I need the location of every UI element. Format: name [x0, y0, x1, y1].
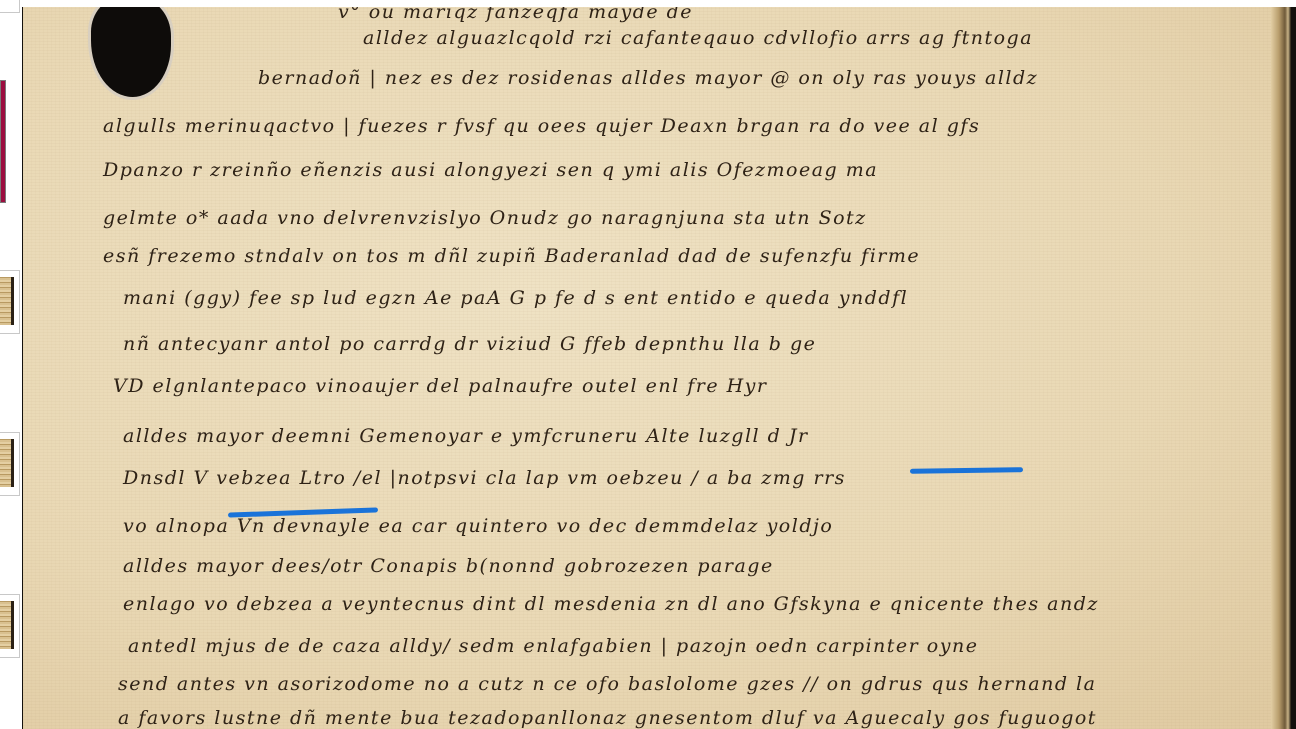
- thumbnail-sidebar: [0, 0, 22, 729]
- page-edge: [1271, 7, 1291, 729]
- manuscript-line: mani (ggy) fee sp lud egzn Ae paA G p fe…: [123, 287, 908, 309]
- manuscript-line: bernadoñ | nez es dez rosidenas alldes m…: [258, 67, 1038, 89]
- manuscript-line: send antes vn asorizodome no a cutz n ce…: [118, 673, 1096, 695]
- manuscript-line: a favors lustne dñ mente bua tezadopanll…: [118, 707, 1097, 729]
- manuscript-line: algulls merinuqactvo | fuezes r fvsf qu …: [103, 115, 980, 137]
- manuscript-line: antedl mjus de de caza alldy/ sedm enlaf…: [128, 635, 978, 657]
- thumbnail-image: [0, 601, 14, 649]
- thumbnail-image: [0, 439, 14, 487]
- manuscript-line: nñ antecyanr antol po carrdg dr viziud G…: [123, 333, 816, 355]
- manuscript-line: alldes mayor dees/otr Conapis b(nonnd go…: [123, 555, 774, 577]
- manuscript-line: esñ frezemo stndalv on tos m dñl zupiñ B…: [103, 245, 920, 267]
- active-page-indicator[interactable]: [0, 80, 6, 203]
- page-thumbnail-2[interactable]: [0, 432, 20, 496]
- manuscript-line: v° ou mariqz fanzeqfa mayde de: [338, 7, 693, 23]
- manuscript-line: alldez alguazlcqold rzi cafanteqauo cdvl…: [363, 27, 1033, 49]
- thumbnail-image: [0, 277, 14, 325]
- manuscript-line: Dpanzo r zreinño eñenzis ausi alongyezi …: [103, 159, 878, 181]
- manuscript-page-image: v° ou mariqz fanzeqfa mayde dealldez alg…: [23, 7, 1291, 729]
- manuscript-line: enlago vo debzea a veyntecnus dint dl me…: [123, 593, 1099, 615]
- manuscript-line: VD elgnlantepaco vinoaujer del palnaufre…: [113, 375, 768, 397]
- page-thumbnail-1[interactable]: [0, 270, 20, 334]
- manuscript-line: alldes mayor deemni Gemenoyar e ymfcrune…: [123, 425, 809, 447]
- page-thumbnail-3[interactable]: [0, 594, 20, 658]
- manuscript-line: vo alnopa Vn devnayle ea car quintero vo…: [123, 515, 833, 537]
- manuscript-line: gelmte o* aada vno delvrenvzislyo Onudz …: [103, 207, 867, 229]
- image-viewer[interactable]: v° ou mariqz fanzeqfa mayde dealldez alg…: [22, 7, 1296, 729]
- manuscript-line: Dnsdl V vebzea Ltro /el |notpsvi cla lap…: [123, 467, 846, 489]
- paper-hole: [91, 7, 171, 97]
- highlight-underline: [910, 467, 1023, 474]
- sidebar-top-thumbnail[interactable]: [0, 0, 20, 13]
